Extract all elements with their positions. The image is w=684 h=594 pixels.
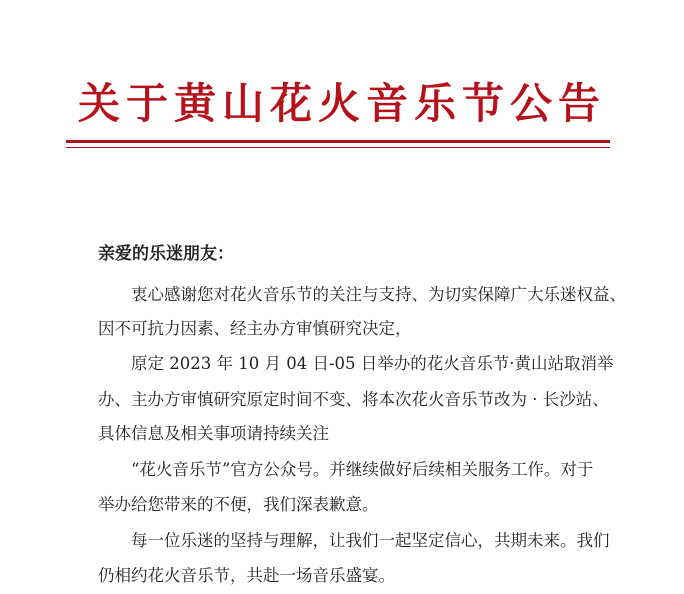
body-line-7: 举办给您带来的不便，我们深表歉意。	[98, 494, 618, 516]
body-line-4: 办、主办方审慎研究原定时间不变、将本次花火音乐节改为 · 长沙站、	[98, 389, 618, 411]
body-line-8: 每一位乐迷的坚持与理解，让我们一起坚定信心，共期未来。我们	[131, 530, 651, 552]
title-rule-thin	[66, 147, 610, 148]
body-line-3: 原定 2023 年 10 月 04 日-05 日举办的花火音乐节·黄山站取消举	[131, 353, 651, 375]
body-line-5: 具体信息及相关事项请持续关注	[98, 423, 618, 445]
title-rule-thick	[66, 140, 610, 143]
greeting: 亲爱的乐迷朋友：	[98, 239, 618, 264]
body-line-2: 因不可抗力因素、经主办方审慎研究决定，	[98, 318, 618, 340]
document-title: 关于黄山花火音乐节公告	[0, 78, 684, 130]
body-line-6: “花火音乐节”官方公众号。并继续做好后续相关服务工作。对于	[131, 459, 651, 481]
body-line-9: 仍相约花火音乐节，共赴一场音乐盛宴。	[98, 565, 618, 587]
body-line-1: 衷心感谢您对花火音乐节的关注与支持、为切实保障广大乐迷权益、	[131, 284, 651, 306]
